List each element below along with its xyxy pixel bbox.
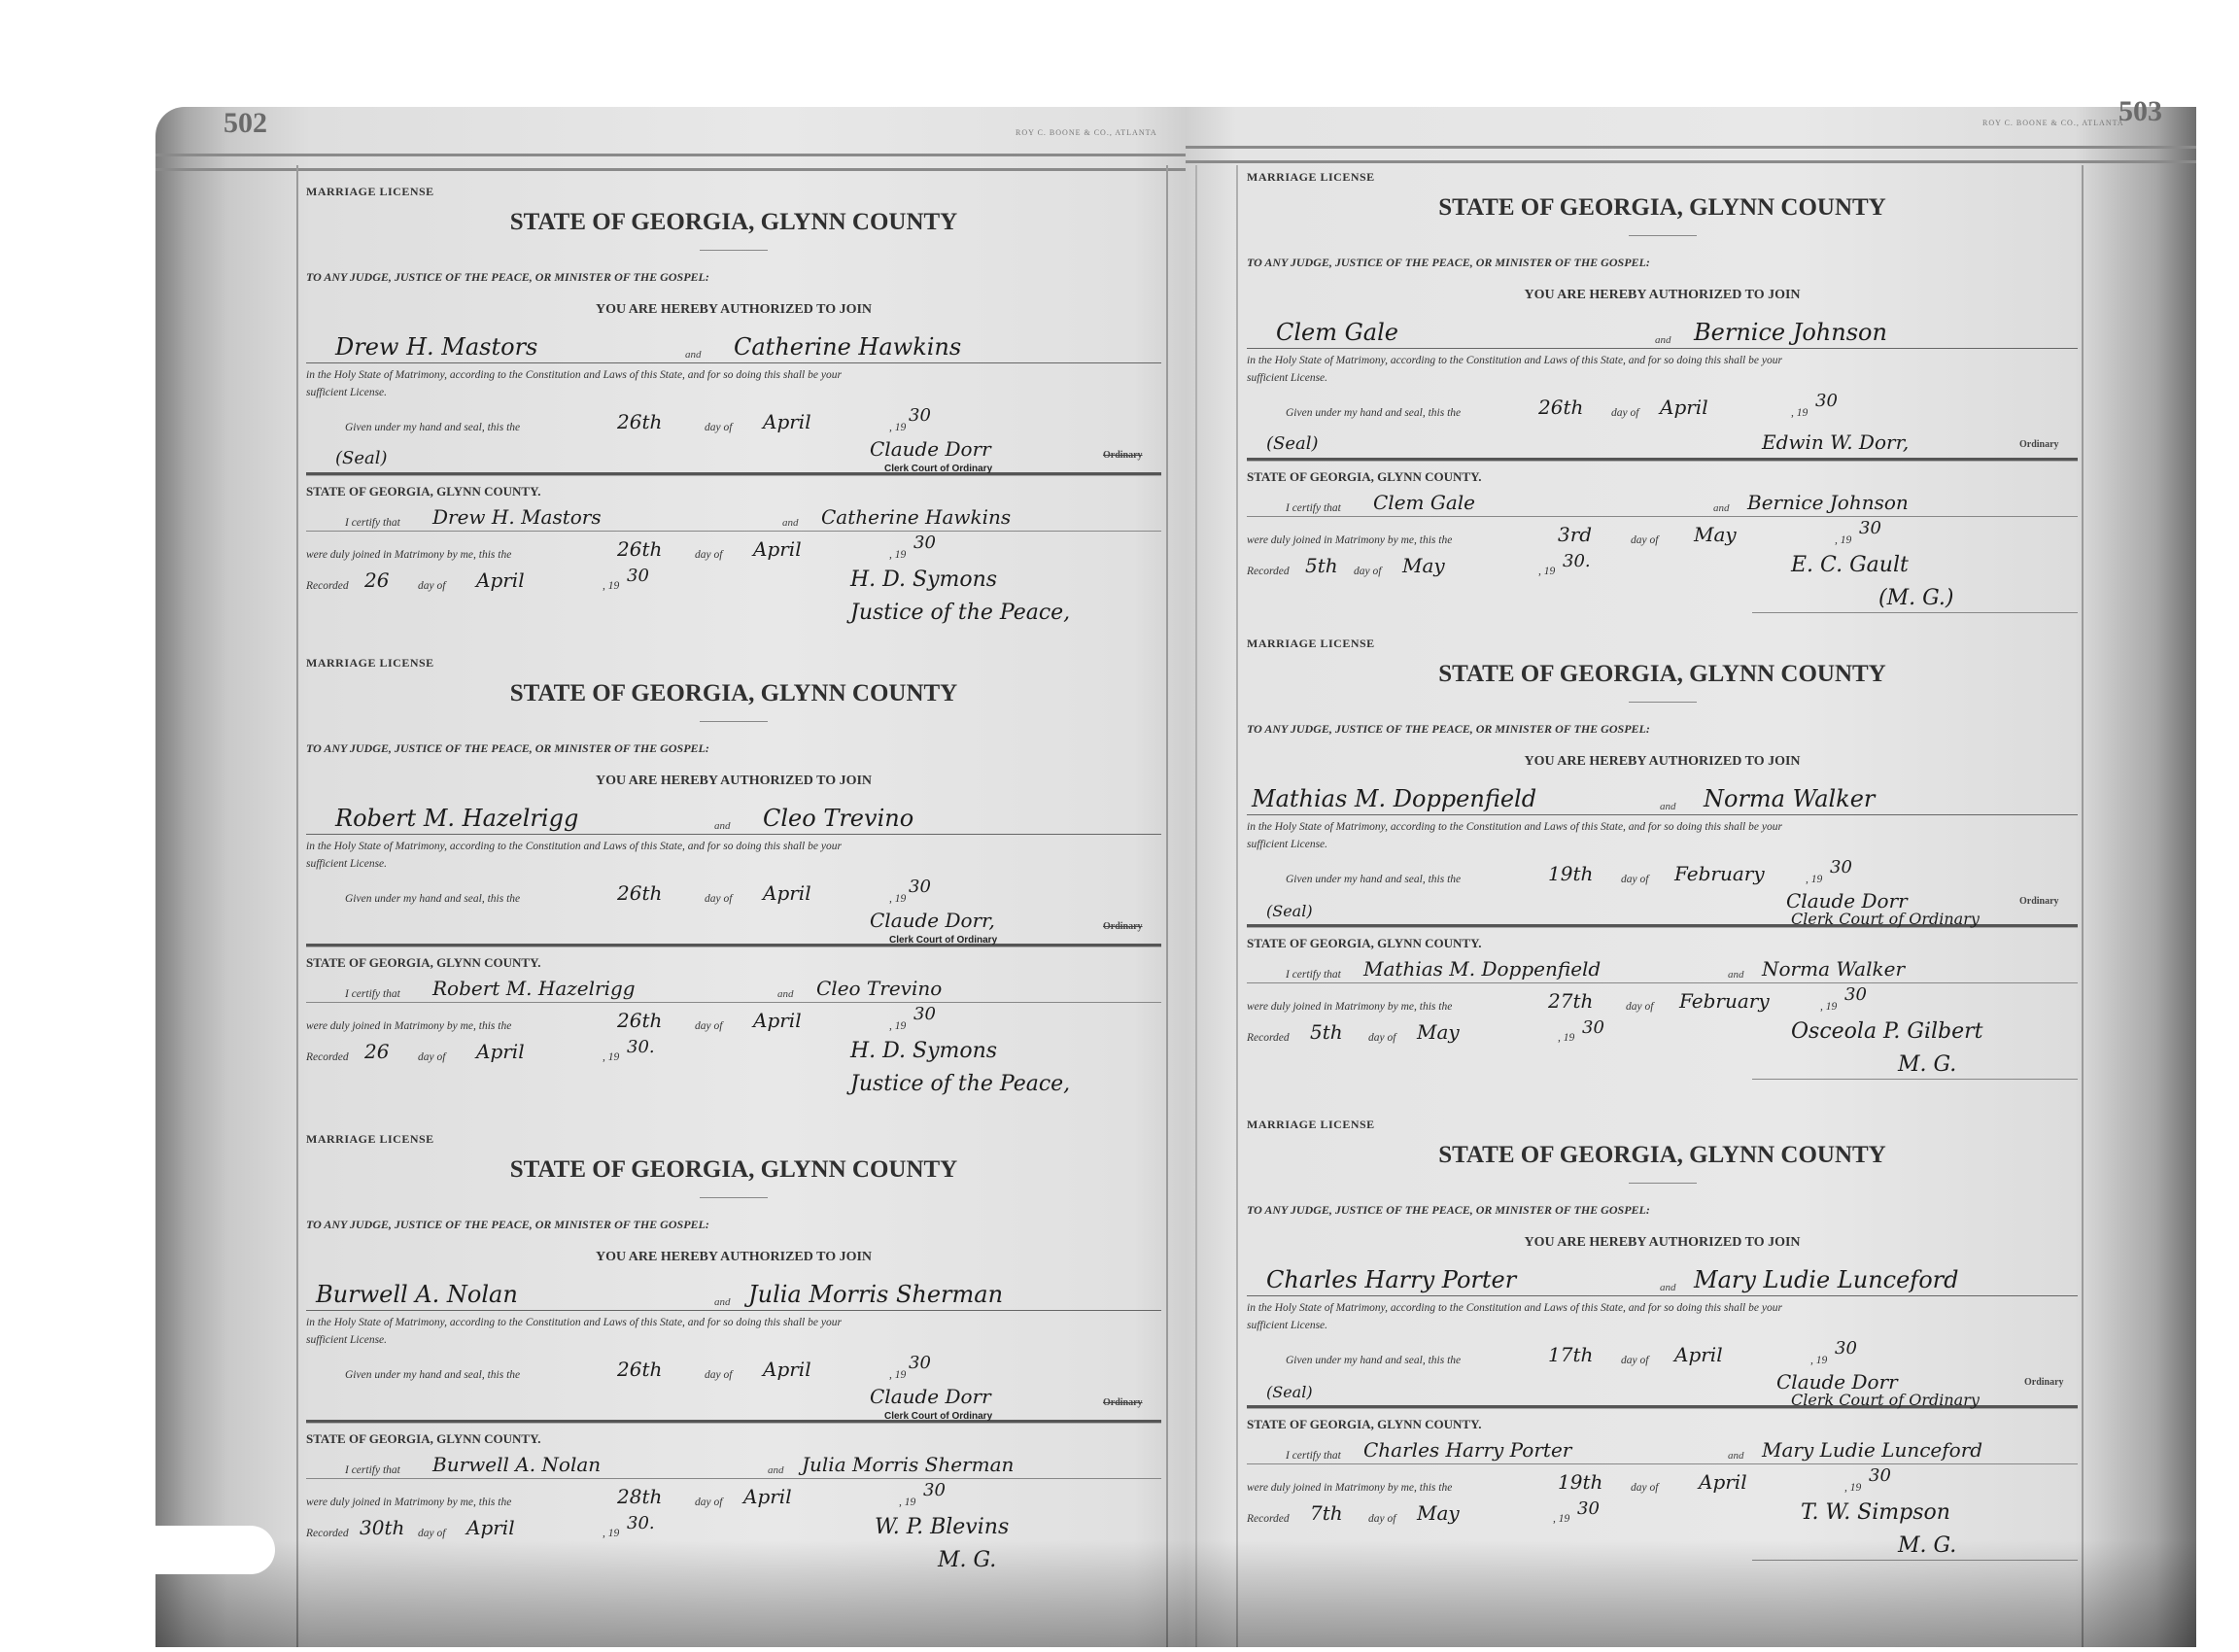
seal-mark: (Seal) [335,448,388,468]
marriage-license-label: MARRIAGE LICENSE [306,1132,1161,1147]
seal-mark: (Seal) [1266,902,1313,920]
certify-line: I certify that Clem Gale and Bernice Joh… [1247,485,2078,517]
year-prefix: , 19 [1806,874,1822,885]
certificate-heading: STATE OF GEORGIA, GLYNN COUNTY. [1247,1417,2078,1432]
license-day: 19th [1548,862,1593,885]
bride-name-certified: Catherine Hawkins [821,505,1011,529]
recorded-line: Recorded 26 day of April , 19 30 H. D. S… [306,563,1161,594]
clerk-signature-title: Clerk Court of Ordinary [1791,910,1980,928]
license-year: 30 [909,877,931,897]
matrimony-clause: in the Holy State of Matrimony, accordin… [1247,821,2078,833]
officiant-signature: Osceola P. Gilbert [1791,1019,1983,1044]
recorded-line: Recorded 5th day of May , 19 30 Osceola … [1247,1015,2078,1046]
sufficient-license: sufficient License. [1247,839,2078,850]
officiant-title-line: Justice of the Peace, [306,594,1161,627]
day-of-label: day of [705,893,732,905]
joined-label: were duly joined in Matrimony by me, thi… [1247,534,1452,546]
married-date-line: were duly joined in Matrimony by me, thi… [306,1479,1161,1510]
year-prefix: , 19 [603,580,619,592]
license-month: April [763,410,811,433]
marriage-license-label: MARRIAGE LICENSE [306,656,1161,671]
joined-label: were duly joined in Matrimony by me, thi… [306,1020,511,1032]
married-month: February [1679,989,1770,1013]
married-year: 30 [1844,984,1867,1005]
recorded-day: 5th [1310,1020,1343,1044]
bride-name: Mary Ludie Lunceford [1694,1266,1958,1293]
top-rule [155,154,1186,171]
names-line: Clem Gale and Bernice Johnson [1247,309,2078,349]
ordinary-signature: Edwin W. Dorr, [1762,430,1909,454]
year-prefix: , 19 [1810,1355,1827,1366]
day-of-label: day of [1621,874,1648,885]
sufficient-license: sufficient License. [306,858,1161,870]
recorded-month: May [1402,554,1445,577]
certify-label: I certify that [1286,969,1341,981]
names-line: Burwell A. Nolan and Julia Morris Sherma… [306,1271,1161,1311]
and-label: and [685,349,702,361]
and-label: and [1728,1450,1744,1462]
joined-label: were duly joined in Matrimony by me, thi… [1247,1001,1452,1013]
license-day: 26th [1538,396,1583,419]
right-margin-line [1166,165,1168,1647]
bride-name-certified: Mary Ludie Lunceford [1762,1438,1982,1462]
names-line: Charles Harry Porter and Mary Ludie Lunc… [1247,1256,2078,1296]
married-year: 30 [1869,1465,1891,1486]
recorded-day: 30th [360,1516,404,1539]
married-month: April [753,537,802,561]
state-title: STATE OF GEORGIA, GLYNN COUNTY [306,209,1161,236]
married-year: 30 [913,1004,936,1024]
license-year: 30 [1830,857,1852,878]
divider [700,250,768,251]
groom-name: Mathias M. Doppenfield [1252,785,1536,812]
day-of-label: day of [705,422,732,433]
day-of-label: day of [695,1020,722,1032]
recorded-label: Recorded [306,1051,349,1063]
license-day: 17th [1548,1343,1593,1366]
married-day: 28th [617,1485,662,1508]
day-of-label: day of [418,1528,445,1539]
certificate-heading: STATE OF GEORGIA, GLYNN COUNTY. [1247,469,2078,485]
recorded-year: 30 [1582,1017,1604,1038]
recorded-month: April [466,1516,515,1539]
married-month: April [1699,1470,1747,1494]
divider [1629,702,1697,703]
year-prefix: , 19 [1791,407,1808,419]
right-margin-line [2082,165,2084,1647]
year-prefix: , 19 [899,1497,915,1508]
addressee-line: TO ANY JUDGE, JUSTICE OF THE PEACE, OR M… [306,1218,1161,1232]
given-line: Given under my hand and seal, this the 2… [306,876,1161,907]
clerk-stamp: Clerk Court of Ordinary [884,464,992,474]
license-month: April [1674,1343,1723,1366]
section-divider [1247,458,2078,462]
recorded-label: Recorded [1247,1513,1290,1525]
and-label: and [782,517,799,529]
officiant-signature: E. C. Gault [1791,553,1909,577]
officiant-title-line: (M. G.) [1752,579,2078,613]
married-day: 26th [617,537,662,561]
names-line: Mathias M. Doppenfield and Norma Walker [1247,775,2078,815]
and-label: and [1728,969,1744,981]
signature-row: Claude Dorr Ordinary Clerk Court of Ordi… [306,1383,1161,1418]
matrimony-clause: in the Holy State of Matrimony, accordin… [306,369,1161,381]
matrimony-clause: in the Holy State of Matrimony, accordin… [306,841,1161,852]
and-label: and [768,1464,784,1476]
signature-row: (Seal) Edwin W. Dorr, Ordinary [1247,421,2078,456]
certificate-heading: STATE OF GEORGIA, GLYNN COUNTY. [306,955,1161,971]
officiant-title-line: M. G. [1752,1046,2078,1080]
signature-row: (Seal) Claude Dorr Ordinary Clerk Court … [1247,1368,2078,1403]
certify-line: I certify that Drew H. Mastors and Cathe… [306,499,1161,532]
authorized-line: YOU ARE HEREBY AUTHORIZED TO JOIN [306,774,1161,789]
recorded-day: 26 [364,1040,389,1063]
page-number-right: 503 [2118,95,2162,128]
day-of-label: day of [1621,1355,1648,1366]
given-line: Given under my hand and seal, this the 1… [1247,856,2078,887]
clerk-stamp: Clerk Court of Ordinary [884,1411,992,1422]
given-label: Given under my hand and seal, this the [345,422,520,433]
recorded-day: 7th [1310,1501,1343,1525]
marriage-license-label: MARRIAGE LICENSE [1247,170,2078,185]
married-year: 30 [913,533,936,553]
license-year: 30 [909,1353,931,1373]
matrimony-clause: in the Holy State of Matrimony, accordin… [1247,1302,2078,1314]
ordinary-label: Ordinary [1103,1397,1143,1408]
groom-name-certified: Clem Gale [1373,491,1475,514]
and-label: and [1655,334,1671,346]
groom-name: Drew H. Mastors [335,333,537,361]
state-title: STATE OF GEORGIA, GLYNN COUNTY [306,680,1161,707]
license-entry-3: MARRIAGE LICENSE STATE OF GEORGIA, GLYNN… [306,1132,1161,1574]
day-of-label: day of [1626,1001,1653,1013]
clerk-stamp: Clerk Court of Ordinary [889,935,997,946]
ordinary-label: Ordinary [2024,1377,2064,1388]
clerk-signature-title: Clerk Court of Ordinary [1791,1391,1980,1409]
ordinary-signature: Claude Dorr, [870,909,995,932]
day-of-label: day of [1354,566,1381,577]
recorded-label: Recorded [306,580,349,592]
day-of-label: day of [1631,1482,1658,1494]
seal-mark: (Seal) [1266,433,1319,454]
year-prefix: , 19 [1844,1482,1861,1494]
year-prefix: , 19 [889,422,906,433]
signature-row: (Seal) Claude Dorr Ordinary Clerk Court … [306,435,1161,470]
license-entry-2: MARRIAGE LICENSE STATE OF GEORGIA, GLYNN… [306,656,1161,1098]
certificate-heading: STATE OF GEORGIA, GLYNN COUNTY. [1247,936,2078,951]
day-of-label: day of [1368,1513,1395,1525]
matrimony-clause: in the Holy State of Matrimony, accordin… [1247,355,2078,366]
certify-label: I certify that [345,988,400,1000]
officiant-signature: H. D. Symons [850,1039,997,1063]
given-line: Given under my hand and seal, this the 2… [1247,390,2078,421]
bride-name: Julia Morris Sherman [748,1281,1003,1308]
recorded-month: May [1417,1020,1460,1044]
section-divider [306,944,1161,947]
year-prefix: , 19 [889,549,906,561]
ordinary-label: Ordinary [2019,439,2059,450]
page-number-left: 502 [224,107,267,140]
day-of-label: day of [418,580,445,592]
certify-label: I certify that [345,517,400,529]
license-month: February [1674,862,1765,885]
register-book: 502 ROY C. BOONE & CO., ATLANTA MARRIAGE… [155,107,2196,1647]
officiant-title-line: M. G. [1752,1527,2078,1561]
married-month: May [1694,523,1737,546]
groom-name-certified: Burwell A. Nolan [432,1453,601,1476]
state-title: STATE OF GEORGIA, GLYNN COUNTY [306,1156,1161,1184]
groom-name: Charles Harry Porter [1266,1266,1516,1293]
divider [1629,1183,1697,1184]
bride-name: Norma Walker [1704,785,1875,812]
year-prefix: , 19 [1553,1513,1569,1525]
sufficient-license: sufficient License. [1247,1320,2078,1331]
officiant-title: M. G. [1898,1533,1956,1558]
year-prefix: , 19 [889,1020,906,1032]
recorded-month: April [476,1040,525,1063]
binding-notch [139,1526,275,1574]
and-label: and [777,988,794,1000]
addressee-line: TO ANY JUDGE, JUSTICE OF THE PEACE, OR M… [306,741,1161,756]
left-margin-line [296,165,298,1647]
recorded-year: 30. [627,1037,655,1057]
and-label: and [1713,502,1730,514]
names-line: Robert M. Hazelrigg and Cleo Trevino [306,795,1161,835]
and-label: and [1660,1282,1676,1293]
given-label: Given under my hand and seal, this the [1286,407,1461,419]
license-month: April [763,881,811,905]
year-prefix: , 19 [889,893,906,905]
groom-name: Burwell A. Nolan [316,1281,518,1308]
license-entry-1: MARRIAGE LICENSE STATE OF GEORGIA, GLYNN… [306,185,1161,627]
left-page: 502 ROY C. BOONE & CO., ATLANTA MARRIAGE… [155,107,1186,1647]
certify-line: I certify that Charles Harry Porter and … [1247,1432,2078,1464]
authorized-line: YOU ARE HEREBY AUTHORIZED TO JOIN [306,1250,1161,1265]
recorded-year: 30. [627,1513,655,1533]
married-year: 30 [1859,518,1881,538]
license-year: 30 [1835,1338,1857,1359]
groom-name-certified: Drew H. Mastors [432,505,602,529]
addressee-line: TO ANY JUDGE, JUSTICE OF THE PEACE, OR M… [1247,256,2078,270]
license-entry-4: MARRIAGE LICENSE STATE OF GEORGIA, GLYNN… [1247,170,2078,613]
married-month: April [743,1485,792,1508]
given-label: Given under my hand and seal, this the [345,1369,520,1381]
day-of-label: day of [418,1051,445,1063]
given-label: Given under my hand and seal, this the [1286,1355,1461,1366]
addressee-line: TO ANY JUDGE, JUSTICE OF THE PEACE, OR M… [1247,1203,2078,1218]
officiant-title: (M. G.) [1878,586,1953,610]
groom-name-certified: Robert M. Hazelrigg [432,977,636,1000]
joined-label: were duly joined in Matrimony by me, thi… [306,549,511,561]
matrimony-clause: in the Holy State of Matrimony, accordin… [306,1317,1161,1328]
sufficient-license: sufficient License. [306,1334,1161,1346]
authorized-line: YOU ARE HEREBY AUTHORIZED TO JOIN [1247,754,2078,770]
day-of-label: day of [1611,407,1638,419]
license-year: 30 [909,405,931,426]
married-day: 26th [617,1009,662,1032]
gutter-line [1195,165,1197,1647]
license-month: April [763,1358,811,1381]
license-year: 30 [1815,391,1838,411]
officiant-title: M. G. [1898,1052,1956,1077]
ordinary-label: Ordinary [2019,896,2059,907]
right-page: 503 ROY C. BOONE & CO., ATLANTA MARRIAGE… [1186,107,2196,1647]
bride-name-certified: Bernice Johnson [1747,491,1909,514]
sufficient-license: sufficient License. [1247,372,2078,384]
year-prefix: , 19 [1538,566,1555,577]
recorded-year: 30 [1577,1498,1600,1519]
ordinary-label: Ordinary [1103,450,1143,461]
given-line: Given under my hand and seal, this the 1… [1247,1337,2078,1368]
recorded-line: Recorded 5th day of May , 19 30. E. C. G… [1247,548,2078,579]
groom-name: Clem Gale [1276,319,1398,346]
divider [1629,235,1697,236]
certify-label: I certify that [1286,1450,1341,1462]
bride-name: Bernice Johnson [1694,319,1887,346]
year-prefix: , 19 [1820,1001,1837,1013]
recorded-label: Recorded [306,1528,349,1539]
signature-row: (Seal) Claude Dorr Ordinary Clerk Court … [1247,887,2078,922]
left-margin-line [1236,165,1238,1647]
officiant-title: Justice of the Peace, [850,1072,1070,1096]
recorded-day: 5th [1305,554,1338,577]
married-date-line: were duly joined in Matrimony by me, thi… [1247,517,2078,548]
joined-label: were duly joined in Matrimony by me, thi… [1247,1482,1452,1494]
recorded-line: Recorded 7th day of May , 19 30 T. W. Si… [1247,1496,2078,1527]
groom-name-certified: Mathias M. Doppenfield [1363,957,1601,981]
addressee-line: TO ANY JUDGE, JUSTICE OF THE PEACE, OR M… [306,270,1161,285]
license-month: April [1660,396,1708,419]
given-line: Given under my hand and seal, this the 2… [306,1352,1161,1383]
officiant-title: Justice of the Peace, [850,601,1070,625]
section-divider [306,1420,1161,1424]
married-day: 19th [1558,1470,1602,1494]
year-prefix: , 19 [1558,1032,1574,1044]
recorded-day: 26 [364,568,389,592]
recorded-label: Recorded [1247,566,1290,577]
recorded-month: May [1417,1501,1460,1525]
married-date-line: were duly joined in Matrimony by me, thi… [306,532,1161,563]
divider [700,1197,768,1198]
and-label: and [714,1296,731,1308]
joined-label: were duly joined in Matrimony by me, thi… [306,1497,511,1508]
license-day: 26th [617,881,662,905]
married-year: 30 [923,1480,946,1500]
groom-name-certified: Charles Harry Porter [1363,1438,1571,1462]
recorded-month: April [476,568,525,592]
license-day: 26th [617,1358,662,1381]
names-line: Drew H. Mastors and Catherine Hawkins [306,324,1161,363]
sufficient-license: sufficient License. [306,387,1161,398]
seal-mark: (Seal) [1266,1383,1313,1401]
given-label: Given under my hand and seal, this the [1286,874,1461,885]
certificate-heading: STATE OF GEORGIA, GLYNN COUNTY. [306,1431,1161,1447]
given-line: Given under my hand and seal, this the 2… [306,404,1161,435]
recorded-year: 30 [627,566,649,586]
certificate-heading: STATE OF GEORGIA, GLYNN COUNTY. [306,484,1161,499]
certify-line: I certify that Burwell A. Nolan and Juli… [306,1447,1161,1479]
and-label: and [714,820,731,832]
year-prefix: , 19 [889,1369,906,1381]
married-date-line: were duly joined in Matrimony by me, thi… [1247,983,2078,1015]
year-prefix: , 19 [1835,534,1851,546]
officiant-signature: T. W. Simpson [1801,1500,1950,1525]
state-title: STATE OF GEORGIA, GLYNN COUNTY [1247,661,2078,688]
marriage-license-label: MARRIAGE LICENSE [1247,637,2078,651]
bride-name-certified: Cleo Trevino [816,977,942,1000]
bride-name-certified: Norma Walker [1762,957,1905,981]
certify-line: I certify that Robert M. Hazelrigg and C… [306,971,1161,1003]
and-label: and [1660,801,1676,812]
authorized-line: YOU ARE HEREBY AUTHORIZED TO JOIN [1247,288,2078,303]
authorized-line: YOU ARE HEREBY AUTHORIZED TO JOIN [1247,1235,2078,1251]
certify-label: I certify that [345,1464,400,1476]
married-month: April [753,1009,802,1032]
ordinary-signature: Claude Dorr [870,437,991,461]
recorded-line: Recorded 26 day of April , 19 30. H. D. … [306,1034,1161,1065]
section-divider [306,472,1161,476]
year-prefix: , 19 [603,1051,619,1063]
top-rule [1186,146,2196,163]
addressee-line: TO ANY JUDGE, JUSTICE OF THE PEACE, OR M… [1247,722,2078,737]
license-entry-5: MARRIAGE LICENSE STATE OF GEORGIA, GLYNN… [1247,637,2078,1080]
married-day: 27th [1548,989,1593,1013]
state-title: STATE OF GEORGIA, GLYNN COUNTY [1247,194,2078,222]
certify-label: I certify that [1286,502,1341,514]
officiant-title-line: M. G. [306,1541,1161,1574]
married-day: 3rd [1558,523,1592,546]
recorded-label: Recorded [1247,1032,1290,1044]
day-of-label: day of [1368,1032,1395,1044]
officiant-signature: W. P. Blevins [875,1515,1009,1539]
bride-name: Cleo Trevino [763,805,913,832]
bride-name: Catherine Hawkins [734,333,961,361]
marriage-license-label: MARRIAGE LICENSE [306,185,1161,199]
printer-imprint: ROY C. BOONE & CO., ATLANTA [1982,119,2124,127]
state-title: STATE OF GEORGIA, GLYNN COUNTY [1247,1142,2078,1169]
given-label: Given under my hand and seal, this the [345,893,520,905]
divider [700,721,768,722]
license-entry-6: MARRIAGE LICENSE STATE OF GEORGIA, GLYNN… [1247,1118,2078,1561]
officiant-title: M. G. [938,1548,996,1572]
recorded-year: 30. [1563,551,1591,571]
married-date-line: were duly joined in Matrimony by me, thi… [1247,1464,2078,1496]
bride-name-certified: Julia Morris Sherman [802,1453,1014,1476]
day-of-label: day of [695,549,722,561]
ordinary-signature: Claude Dorr [870,1385,991,1408]
recorded-line: Recorded 30th day of April , 19 30. W. P… [306,1510,1161,1541]
day-of-label: day of [695,1497,722,1508]
authorized-line: YOU ARE HEREBY AUTHORIZED TO JOIN [306,302,1161,318]
ordinary-label: Ordinary [1103,921,1143,932]
printer-imprint: ROY C. BOONE & CO., ATLANTA [1016,128,1157,137]
signature-row: Claude Dorr, Ordinary Clerk Court of Ord… [306,907,1161,942]
groom-name: Robert M. Hazelrigg [335,805,578,832]
certify-line: I certify that Mathias M. Doppenfield an… [1247,951,2078,983]
marriage-license-label: MARRIAGE LICENSE [1247,1118,2078,1132]
day-of-label: day of [705,1369,732,1381]
officiant-signature: H. D. Symons [850,568,997,592]
day-of-label: day of [1631,534,1658,546]
married-date-line: were duly joined in Matrimony by me, thi… [306,1003,1161,1034]
officiant-title-line: Justice of the Peace, [306,1065,1161,1098]
license-day: 26th [617,410,662,433]
year-prefix: , 19 [603,1528,619,1539]
